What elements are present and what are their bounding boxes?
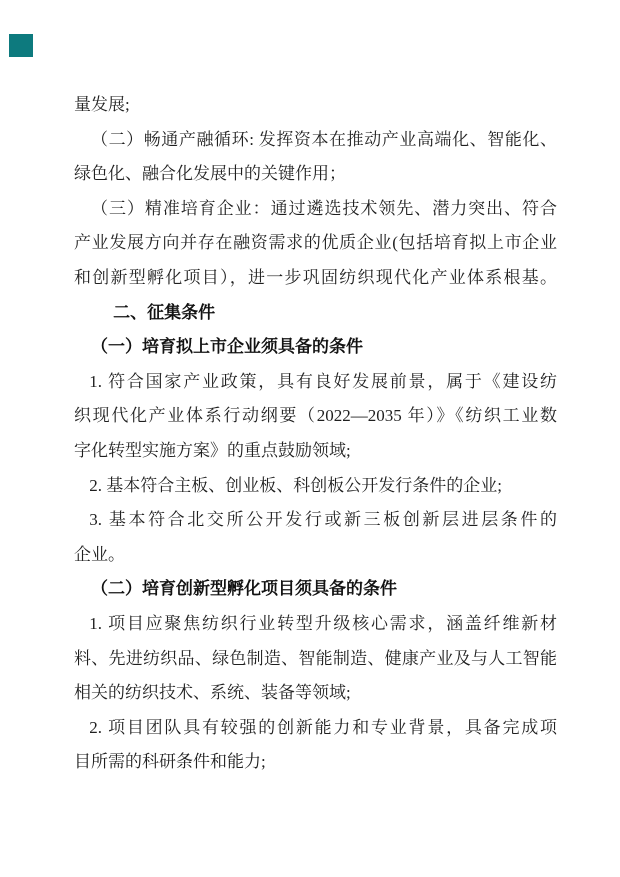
subsection-heading: （一）培育拟上市企业须具备的条件	[74, 330, 557, 365]
doc-line: 产业发展方向并存在融资需求的优质企业(包括培育拟上市企业	[74, 226, 557, 261]
doc-line: 相关的纺织技术、系统、装备等领域;	[74, 676, 557, 711]
list-item-line: 3. 基本符合北交所公开发行或新三板创新层进层条件的	[74, 503, 557, 538]
doc-line: 量发展;	[74, 88, 557, 123]
doc-line: 织现代化产业体系行动纲要（2022—2035 年）》《纺织工业数	[74, 399, 557, 434]
doc-line: 绿色化、融合化发展中的关键作用；	[74, 157, 557, 192]
doc-line: 料、先进纺织品、绿色制造、智能制造、健康产业及与人工智能	[74, 642, 557, 677]
subsection-heading: （二）培育创新型孵化项目须具备的条件	[74, 572, 557, 607]
doc-line: 企业。	[74, 538, 557, 573]
doc-line: （三）精准培育企业：通过遴选技术领先、潜力突出、符合	[74, 192, 557, 227]
list-item-line: 2. 基本符合主板、创业板、科创板公开发行条件的企业;	[74, 469, 557, 504]
teal-corner-mark	[9, 34, 33, 57]
list-item-line: 2. 项目团队具有较强的创新能力和专业背景，具备完成项	[74, 711, 557, 746]
doc-line: （二）畅通产融循环: 发挥资本在推动产业高端化、智能化、	[74, 123, 557, 158]
document-page: 量发展; （二）畅通产融循环: 发挥资本在推动产业高端化、智能化、 绿色化、融合…	[0, 0, 620, 877]
doc-line: 和创新型孵化项目），进一步巩固纺织现代化产业体系根基。	[74, 261, 557, 296]
document-body: 量发展; （二）畅通产融循环: 发挥资本在推动产业高端化、智能化、 绿色化、融合…	[74, 88, 557, 780]
list-item-line: 1. 项目应聚焦纺织行业转型升级核心需求，涵盖纤维新材	[74, 607, 557, 642]
section-heading: 二、征集条件	[74, 296, 557, 331]
list-item-line: 1. 符合国家产业政策，具有良好发展前景，属于《建设纺	[74, 365, 557, 400]
doc-line: 目所需的科研条件和能力;	[74, 745, 557, 780]
doc-line: 字化转型实施方案》的重点鼓励领域;	[74, 434, 557, 469]
